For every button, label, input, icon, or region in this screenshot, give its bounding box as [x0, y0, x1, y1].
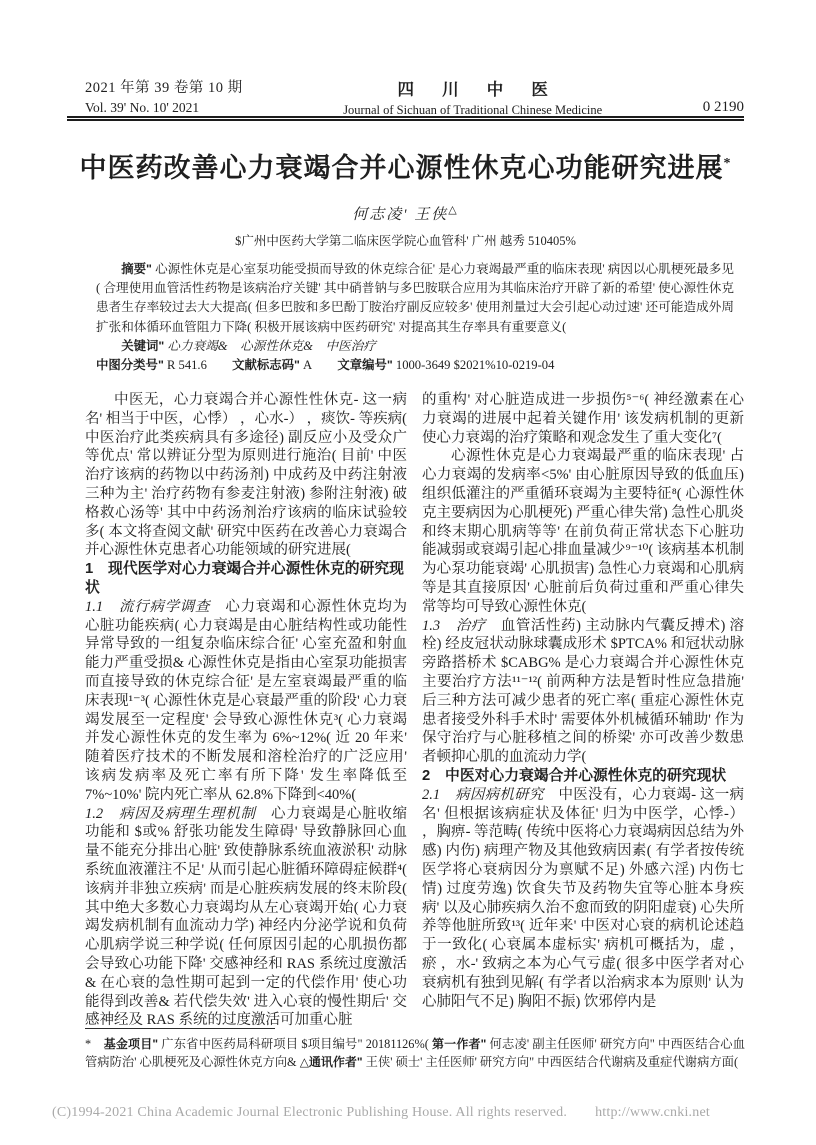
- left-column: 中医无，心力衰竭合并心源性性休克- 这一病名' 相当于中医，心悸） ，心水-） …: [85, 391, 407, 1030]
- right-column: 的重构' 对心脏造成进一步损伤⁵⁻⁶( 神经激素在心力衰竭的进展中起着关键作用'…: [422, 391, 744, 1030]
- footnote-block: * 基金项目" 广东省中医药局科研项目 $项目编号" 20181126%( 第一…: [85, 1035, 745, 1071]
- section-2-1-text: 中医没有，心力衰竭- 这一病名' 但根据该病症状及体征' 归为中医学，心悸-） …: [422, 787, 744, 1010]
- journal-header: 2021 年第 39 卷第 10 期 Vol. 39' No. 10' 2021…: [85, 76, 744, 118]
- journal-name-block: 四 川 中 医 Journal of Sichuan of Traditiona…: [343, 76, 602, 118]
- keywords-label: 关键词": [121, 339, 164, 353]
- section-1-1-label: 1.1 流行病学调查: [85, 599, 210, 615]
- corresponding-author-label: △通讯作者": [300, 1055, 363, 1069]
- body-columns: 中医无，心力衰竭合并心源性性休克- 这一病名' 相当于中医，心悸） ，心水-） …: [85, 391, 745, 1030]
- header-divider-rule: [67, 116, 744, 121]
- footnote-divider-rule: [85, 1028, 275, 1029]
- section-1-heading: 1 现代医学对心力衰竭合并心源性休克的研究现状: [85, 560, 407, 598]
- section-1-2-paragraph-2: 心源性休克是心力衰竭最严重的临床表现' 占心力衰竭的发病率<5%' 由心脏原因导…: [422, 447, 744, 616]
- doc-code-value: A: [300, 358, 312, 372]
- issue-info: 2021 年第 39 卷第 10 期 Vol. 39' No. 10' 2021: [85, 76, 243, 116]
- section-1-3-paragraph: 1.3 治疗 血管活性药) 主动脉内气囊反搏术) 溶栓) 经皮冠状动脉球囊成形术…: [422, 617, 744, 767]
- fund-project-label: 基金项目": [104, 1037, 158, 1051]
- copyright-text: (C)1994-2021 China Academic Journal Elec…: [52, 1105, 567, 1120]
- section-1-2-text-a: 心力衰竭是心脏收缩功能和 $或% 舒张功能发生障碍' 导致静脉回心血量不能充分排…: [85, 806, 407, 1029]
- keywords-text: 心力衰竭& 心源性休克& 中医治疗: [164, 339, 376, 353]
- author-line: 何志凌' 王侠△: [67, 203, 744, 224]
- abstract-paragraph: 摘要" 心源性休克是心室泵功能受损而导致的休克综合征' 是心力衰竭最严重的临床表…: [96, 260, 734, 337]
- article-title: 中医药改善心力衰竭合并心源性休克心功能研究进展*: [67, 146, 744, 185]
- abstract-block: 摘要" 心源性休克是心室泵功能受损而导致的休克综合征' 是心力衰竭最严重的临床表…: [96, 260, 734, 375]
- article-id-label: 文章编号": [337, 358, 392, 372]
- title-footnote-mark: *: [724, 156, 732, 171]
- article-title-text: 中医药改善心力衰竭合并心源性休克心功能研究进展: [80, 153, 724, 183]
- section-1-2-text-continued: 的重构' 对心脏造成进一步损伤⁵⁻⁶( 神经激素在心力衰竭的进展中起着关键作用'…: [422, 391, 744, 447]
- section-1-2-label: 1.2 病因及病理生理机制: [85, 806, 256, 822]
- doc-code-label: 文献标志码": [232, 358, 300, 372]
- cnki-copyright-footer: (C)1994-2021 China Academic Journal Elec…: [52, 1105, 772, 1121]
- section-1-2-paragraph: 1.2 病因及病理生理机制 心力衰竭是心脏收缩功能和 $或% 舒张功能发生障碍'…: [85, 805, 407, 1031]
- abstract-label: 摘要": [121, 262, 152, 276]
- section-1-3-label: 1.3 治疗: [422, 618, 486, 634]
- footnote-star: *: [85, 1037, 104, 1051]
- section-1-3-text: 血管活性药) 主动脉内气囊反搏术) 溶栓) 经皮冠状动脉球囊成形术 $PTCA%…: [422, 618, 744, 766]
- corresponding-author-text: 王侠' 硕士' 主任医师' 研究方向" 中西医结合代谢病及重症代谢病方面(: [363, 1055, 738, 1069]
- issue-line-cn: 2021 年第 39 卷第 10 期: [85, 76, 243, 97]
- author-names: 何志凌' 王侠: [352, 207, 448, 223]
- intro-paragraph: 中医无，心力衰竭合并心源性性休克- 这一病名' 相当于中医，心悸） ，心水-） …: [85, 391, 407, 560]
- section-2-1-paragraph: 2.1 病因病机研究 中医没有，心力衰竭- 这一病名' 但根据该病症状及体征' …: [422, 786, 744, 1012]
- fund-project-text: 广东省中医药局科研项目 $项目编号" 20181126%(: [158, 1037, 432, 1051]
- section-1-1-paragraph: 1.1 流行病学调查 心力衰竭和心源性休克均为心脏功能疾病( 心力衰竭是由心脏结…: [85, 598, 407, 805]
- section-1-1-text: 心力衰竭和心源性休克均为心脏功能疾病( 心力衰竭是由心脏结构性或功能性异常导致的…: [85, 599, 407, 803]
- page-code: 0 2190: [703, 99, 744, 116]
- corresponding-author-mark: △: [448, 204, 458, 216]
- clc-value: R 541.6: [164, 358, 207, 372]
- keywords-line: 关键词" 心力衰竭& 心源性休克& 中医治疗: [96, 337, 734, 356]
- article-id-value: 1000-3649 $2021%10-0219-04: [393, 358, 555, 372]
- cnki-url: http://www.cnki.net: [595, 1105, 710, 1120]
- abstract-text: 心源性休克是心室泵功能受损而导致的休克综合征' 是心力衰竭最严重的临床表现' 病…: [96, 262, 734, 334]
- first-author-label: 第一作者": [432, 1037, 486, 1051]
- journal-name-cn: 四 川 中 医: [343, 76, 602, 100]
- section-2-heading: 2 中医对心力衰竭合并心源性休克的研究现状: [422, 767, 744, 786]
- journal-scan-page: 2021 年第 39 卷第 10 期 Vol. 39' No. 10' 2021…: [0, 0, 816, 1145]
- section-2-1-label: 2.1 病因病机研究: [422, 787, 544, 803]
- clc-label: 中图分类号": [96, 358, 164, 372]
- affiliation-line: $广州中医药大学第二临床医学院心血管科' 广州 越秀 510405%: [67, 231, 744, 249]
- issue-line-en: Vol. 39' No. 10' 2021: [85, 100, 243, 116]
- classification-line: 中图分类号" R 541.6文献标志码" A文章编号" 1000-3649 $2…: [96, 356, 734, 375]
